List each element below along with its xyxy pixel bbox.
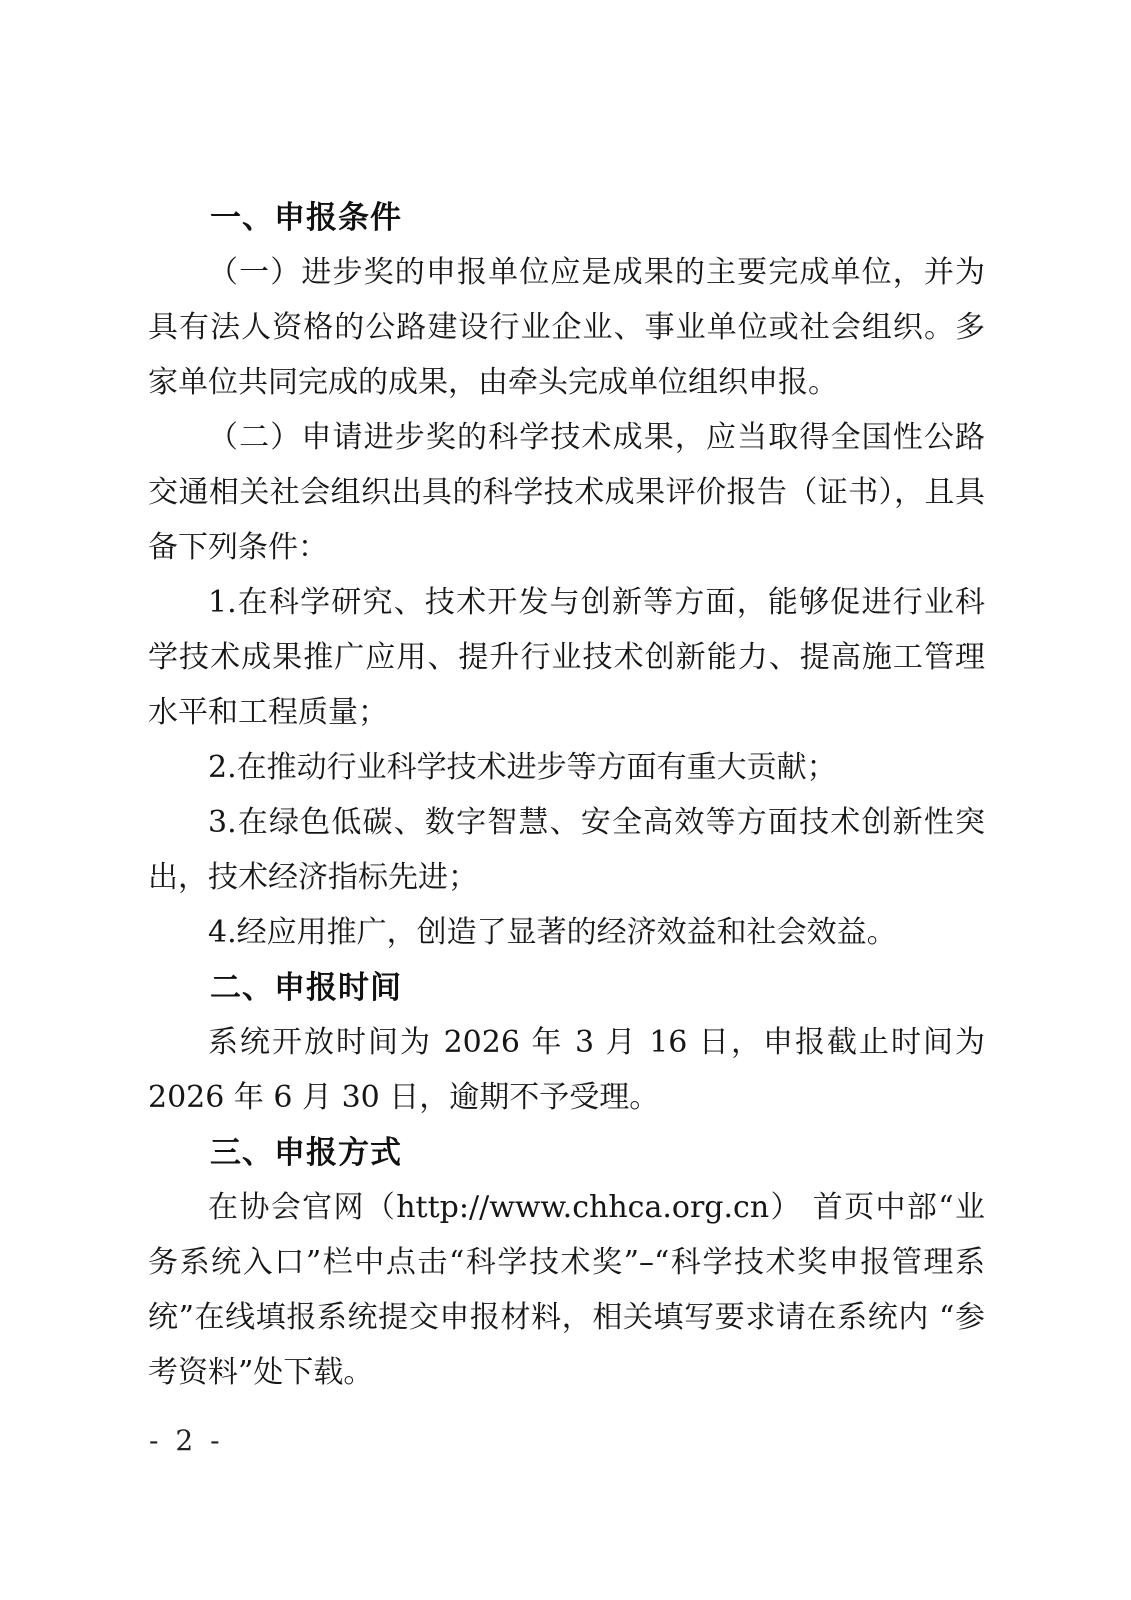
section-heading: 三、申报方式 [148, 1125, 985, 1180]
document-content: 一、申报条件 （一）进步奖的申报单位应是成果的主要完成单位，并为具有法人资格的公… [148, 190, 985, 1400]
document-page: 一、申报条件 （一）进步奖的申报单位应是成果的主要完成单位，并为具有法人资格的公… [0, 0, 1131, 1600]
section-heading: 二、申报时间 [148, 960, 985, 1015]
section-application-time: 二、申报时间 系统开放时间为 2026 年 3 月 16 日，申报截止时间为 2… [148, 960, 985, 1125]
paragraph: 1.在科学研究、技术开发与创新等方面，能够促进行业科学技术成果推广应用、提升行业… [148, 575, 985, 740]
paragraph: 3.在绿色低碳、数字智慧、安全高效等方面技术创新性突出，技术经济指标先进； [148, 795, 985, 905]
paragraph: 2.在推动行业科学技术进步等方面有重大贡献； [148, 740, 985, 795]
page-number: - 2 - [149, 1424, 224, 1457]
paragraph: （二）申请进步奖的科学技术成果，应当取得全国性公路交通相关社会组织出具的科学技术… [148, 410, 985, 575]
section-application-method: 三、申报方式 在协会官网（http://www.chhca.org.cn） 首页… [148, 1125, 985, 1400]
section-application-conditions: 一、申报条件 （一）进步奖的申报单位应是成果的主要完成单位，并为具有法人资格的公… [148, 190, 985, 960]
paragraph: 4.经应用推广，创造了显著的经济效益和社会效益。 [148, 905, 985, 960]
section-heading: 一、申报条件 [148, 190, 985, 245]
paragraph: （一）进步奖的申报单位应是成果的主要完成单位，并为具有法人资格的公路建设行业企业… [148, 245, 985, 410]
paragraph: 在协会官网（http://www.chhca.org.cn） 首页中部“业务系统… [148, 1180, 985, 1400]
paragraph: 系统开放时间为 2026 年 3 月 16 日，申报截止时间为 2026 年 6… [148, 1015, 985, 1125]
